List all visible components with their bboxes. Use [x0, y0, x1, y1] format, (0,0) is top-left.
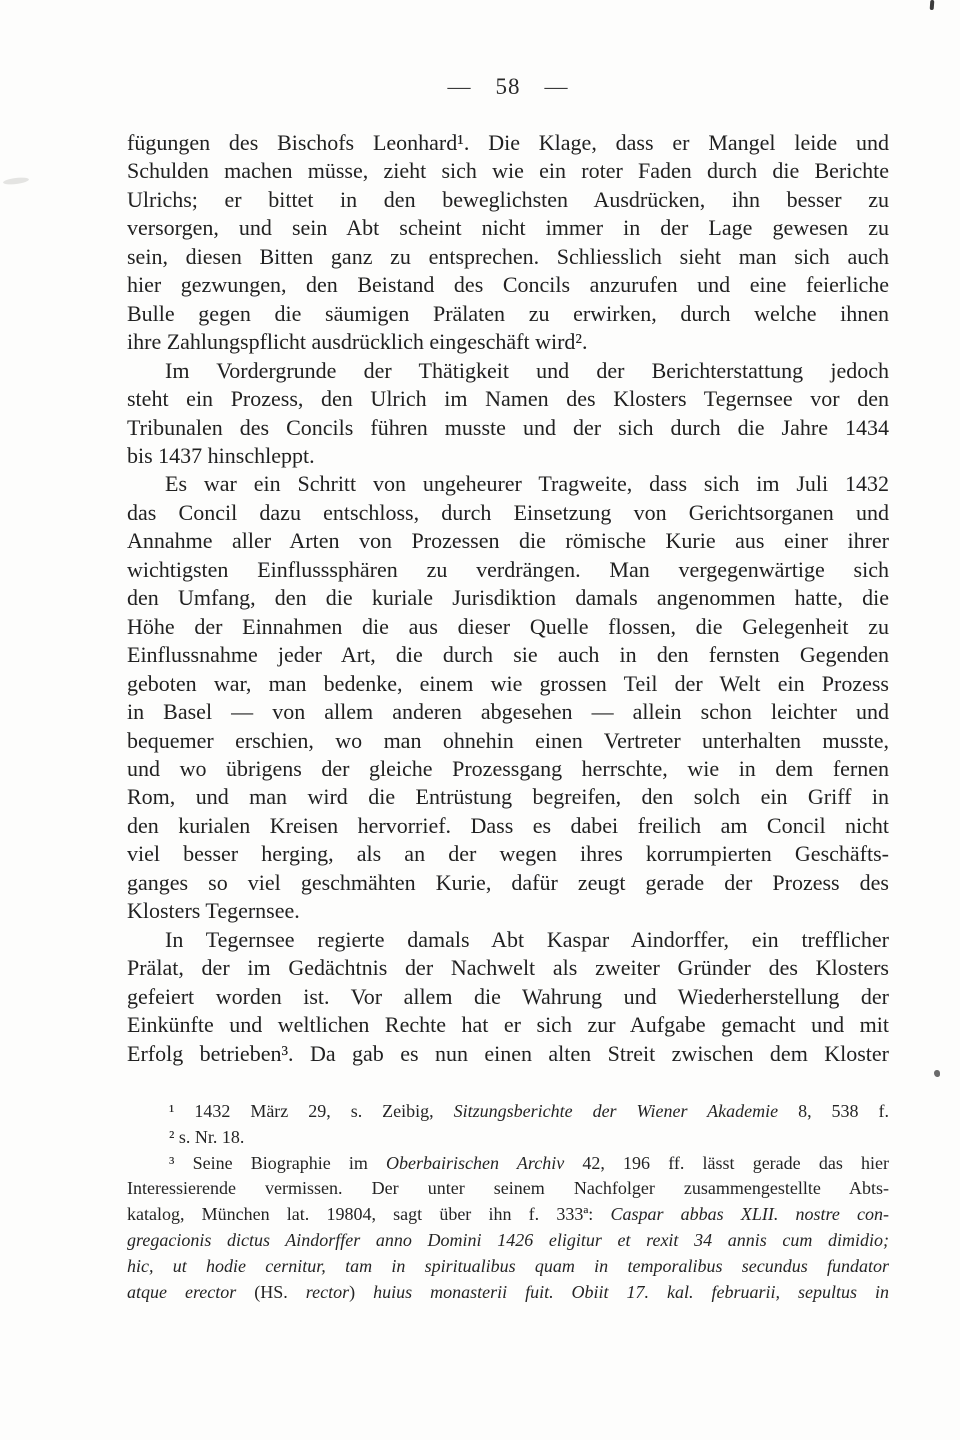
footnote-segment-italic: huius monasterii fuit. Obiit 17. kal. fe… [373, 1282, 889, 1302]
footnote-segment: ¹ 1432 März 29, s. Zeibig, [169, 1101, 454, 1121]
footnote-segment: ² s. Nr. 18. [169, 1127, 244, 1147]
footnote-segment-italic: Caspar abbas XLII. nostre con- [610, 1204, 889, 1224]
running-head: —58— [127, 74, 889, 100]
footnote-line: ² s. Nr. 18. [127, 1125, 889, 1151]
body-line: in Basel — von allem anderen abgesehen —… [127, 698, 889, 726]
body-line: Tribunalen des Concils führen musste und… [127, 414, 889, 442]
footnote-segment-italic: Sitzungsberichte der Wiener Akademie [454, 1101, 778, 1121]
header-right-dash: — [545, 74, 569, 99]
body-line: Im Vordergrunde der Thätigkeit und der B… [127, 357, 889, 385]
body-line: ihre Zahlungspflicht ausdrücklich einges… [127, 328, 889, 356]
body-line: Rom, und man wird die Entrüstung begreif… [127, 783, 889, 811]
footnote-line: atque erector (HS. rector) huius monaste… [127, 1280, 889, 1306]
body-line: das Concil dazu entschloss, durch Einset… [127, 499, 889, 527]
body-line: Klosters Tegernsee. [127, 897, 889, 925]
footnote-segment: katalog, München lat. 19804, sagt über i… [127, 1204, 610, 1224]
ink-speck-top-right-icon [930, 0, 935, 10]
body-line: sein, diesen Bitten ganz zu entsprechen.… [127, 243, 889, 271]
body-line: In Tegernsee regierte damals Abt Kaspar … [127, 926, 889, 954]
body-line: und wo übrigens der gleiche Prozessgang … [127, 755, 889, 783]
body-line: Bulle gegen die säumigen Prälaten zu erw… [127, 300, 889, 328]
footnote-line: ¹ 1432 März 29, s. Zeibig, Sitzungsberic… [127, 1099, 889, 1125]
body-line: den Umfang, den die kuriale Jurisdiktion… [127, 584, 889, 612]
body-line: Einkünfte und weltlichen Rechte hat er s… [127, 1011, 889, 1039]
ink-speck-right-edge-icon [934, 1070, 940, 1077]
body-line: bis 1437 hinschleppt. [127, 442, 889, 470]
body-line: gefeiert worden ist. Vor allem die Wahru… [127, 983, 889, 1011]
body-line: viel besser herging, als an der wegen ih… [127, 840, 889, 868]
footnote-segment-italic: rector [306, 1282, 349, 1302]
header-left-dash: — [448, 74, 472, 99]
footnote-segment-italic: hic, ut hodie cernitur, tam in spiritual… [127, 1256, 889, 1276]
page-number: 58 [496, 74, 521, 99]
body-line: Prälat, der im Gedächtnis der Nachwelt a… [127, 954, 889, 982]
scanned-page: —58— fügungen des Bischofs Leonhard¹. Di… [0, 0, 960, 1440]
body-line: Erfolg betrieben³. Da gab es nun einen a… [127, 1040, 889, 1068]
body-line: Schulden machen müsse, zieht sich wie ei… [127, 157, 889, 185]
footnotes: ¹ 1432 März 29, s. Zeibig, Sitzungsberic… [127, 1099, 889, 1305]
body-line: Höhe der Einnahmen die aus dieser Quelle… [127, 613, 889, 641]
body-line: Es war ein Schritt von ungeheurer Tragwe… [127, 470, 889, 498]
footnote-line: gregacionis dictus Aindorffer anno Domin… [127, 1228, 889, 1254]
footnote-segment: (HS. [254, 1282, 306, 1302]
body-text: fügungen des Bischofs Leonhard¹. Die Kla… [127, 129, 889, 1068]
body-line: versorgen, und sein Abt scheint nicht im… [127, 214, 889, 242]
footnote-segment: ) [349, 1282, 373, 1302]
body-line: Einflussnahme jeder Art, die durch sie a… [127, 641, 889, 669]
smudge-left-edge-icon [3, 176, 30, 185]
body-line: Ulrichs; er bittet in den beweglichsten … [127, 186, 889, 214]
footnote-line: hic, ut hodie cernitur, tam in spiritual… [127, 1254, 889, 1280]
footnote-segment-italic: gregacionis dictus Aindorffer anno Domin… [127, 1230, 889, 1250]
body-line: wichtigsten Einflusssphären zu verdränge… [127, 556, 889, 584]
footnote-line: ³ Seine Biographie im Oberbairischen Arc… [127, 1151, 889, 1177]
footnote-segment-italic: Oberbairischen Archiv [386, 1153, 564, 1173]
body-line: geboten war, man bedenke, einem wie gros… [127, 670, 889, 698]
footnote-segment: 42, 196 ff. lässt gerade das hier [564, 1153, 889, 1173]
body-line: den kurialen Kreisen hervorrief. Dass es… [127, 812, 889, 840]
body-line: bequemer erschien, wo man ohnehin einen … [127, 727, 889, 755]
footnote-segment: Interessierende vermissen. Der unter sei… [127, 1178, 889, 1198]
body-line: steht ein Prozess, den Ulrich im Namen d… [127, 385, 889, 413]
footnote-segment: ³ Seine Biographie im [169, 1153, 386, 1173]
body-line: ganges so viel geschmähten Kurie, dafür … [127, 869, 889, 897]
footnote-line: Interessierende vermissen. Der unter sei… [127, 1176, 889, 1202]
body-line: Annahme aller Arten von Prozessen die rö… [127, 527, 889, 555]
footnote-segment-italic: atque erector [127, 1282, 254, 1302]
body-line: fügungen des Bischofs Leonhard¹. Die Kla… [127, 129, 889, 157]
footnote-line: katalog, München lat. 19804, sagt über i… [127, 1202, 889, 1228]
body-line: hier gezwungen, den Beistand des Concils… [127, 271, 889, 299]
footnote-segment: 8, 538 f. [778, 1101, 889, 1121]
